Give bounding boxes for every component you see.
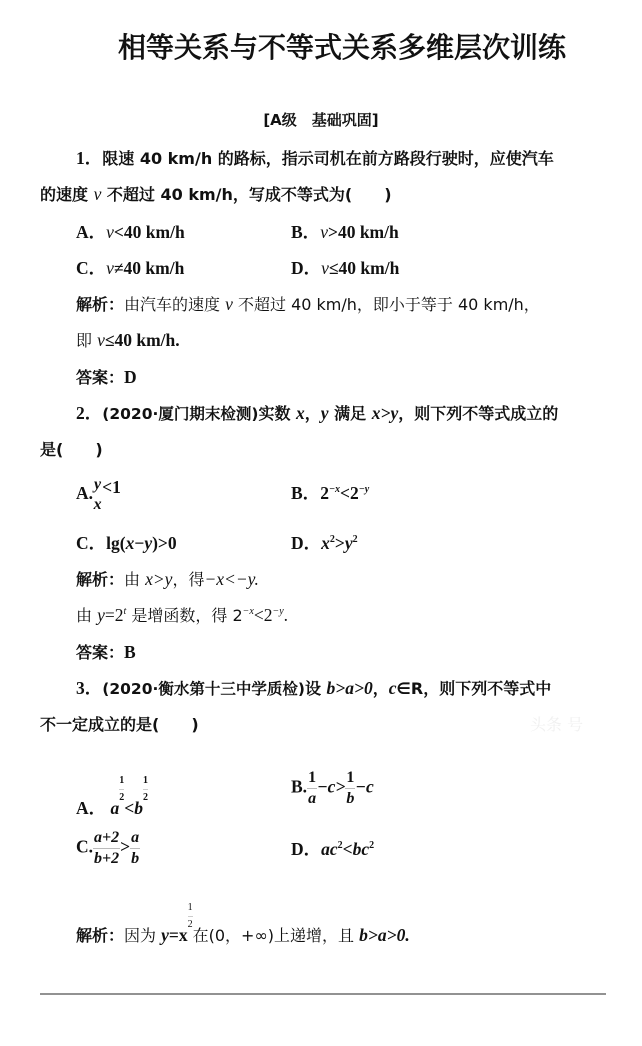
q1-answer: 答案：D bbox=[76, 366, 137, 389]
q1-option-a: A．v<40 km/h bbox=[76, 221, 185, 243]
q2-option-a: A.yx<1 bbox=[76, 476, 121, 513]
q3-option-a: A． a12<b12 bbox=[76, 776, 148, 819]
q3-option-c: C.a+2b+2>ab bbox=[76, 830, 140, 867]
q2-answer: 答案：B bbox=[76, 641, 136, 664]
q2-stem-line2: 是( ) bbox=[40, 438, 103, 461]
page-title: 相等关系与不等式关系多维层次训练 bbox=[0, 26, 642, 66]
q1-analysis-line2: 即 v≤40 km/h. bbox=[76, 329, 180, 352]
q3-stem-line1: 3．(2020·衡水第十三中学质检)设 b>a>0，c∈R，则下列不等式中 bbox=[76, 677, 551, 700]
q1-option-b: B．v>40 km/h bbox=[291, 221, 399, 243]
q2-option-d: D．x2>y2 bbox=[291, 532, 358, 554]
watermark: 头条 号 bbox=[530, 712, 583, 735]
q3-stem-line2: 不一定成立的是( ) bbox=[40, 713, 199, 736]
section-heading: [A级 基础巩固] bbox=[0, 109, 642, 130]
q2-option-c: C．lg(x−y)>0 bbox=[76, 532, 177, 554]
q1-stem-line2: 的速度 v 不超过 40 km/h，写成不等式为( ) bbox=[40, 183, 392, 206]
q3-option-b: B.1a−c>1b−c bbox=[291, 770, 374, 807]
q3-analysis: 解析：因为 y=x12在(0，+∞)上递增，且 b>a>0. bbox=[76, 903, 410, 947]
q2-analysis-line2: 由 y=2t 是增函数，得 2−x<2−y. bbox=[76, 604, 288, 627]
q1-stem-line1: 1．限速 40 km/h 的路标，指示司机在前方路段行驶时，应使汽车 bbox=[76, 147, 554, 170]
q1-option-d: D．v≤40 km/h bbox=[291, 257, 399, 279]
q3-option-d: D．ac2<bc2 bbox=[291, 838, 374, 860]
q1-option-c: C．v≠40 km/h bbox=[76, 257, 184, 279]
footer-divider bbox=[40, 993, 606, 995]
q2-analysis-line1: 解析：由 x>y，得−x<−y. bbox=[76, 568, 259, 591]
q2-stem-line1: 2．(2020·厦门期末检测)实数 x，y 满足 x>y，则下列不等式成立的 bbox=[76, 402, 558, 425]
q2-option-b: B．2−x<2−y bbox=[291, 482, 369, 504]
q1-analysis-line1: 解析：由汽车的速度 v 不超过 40 km/h，即小于等于 40 km/h， bbox=[76, 293, 540, 316]
